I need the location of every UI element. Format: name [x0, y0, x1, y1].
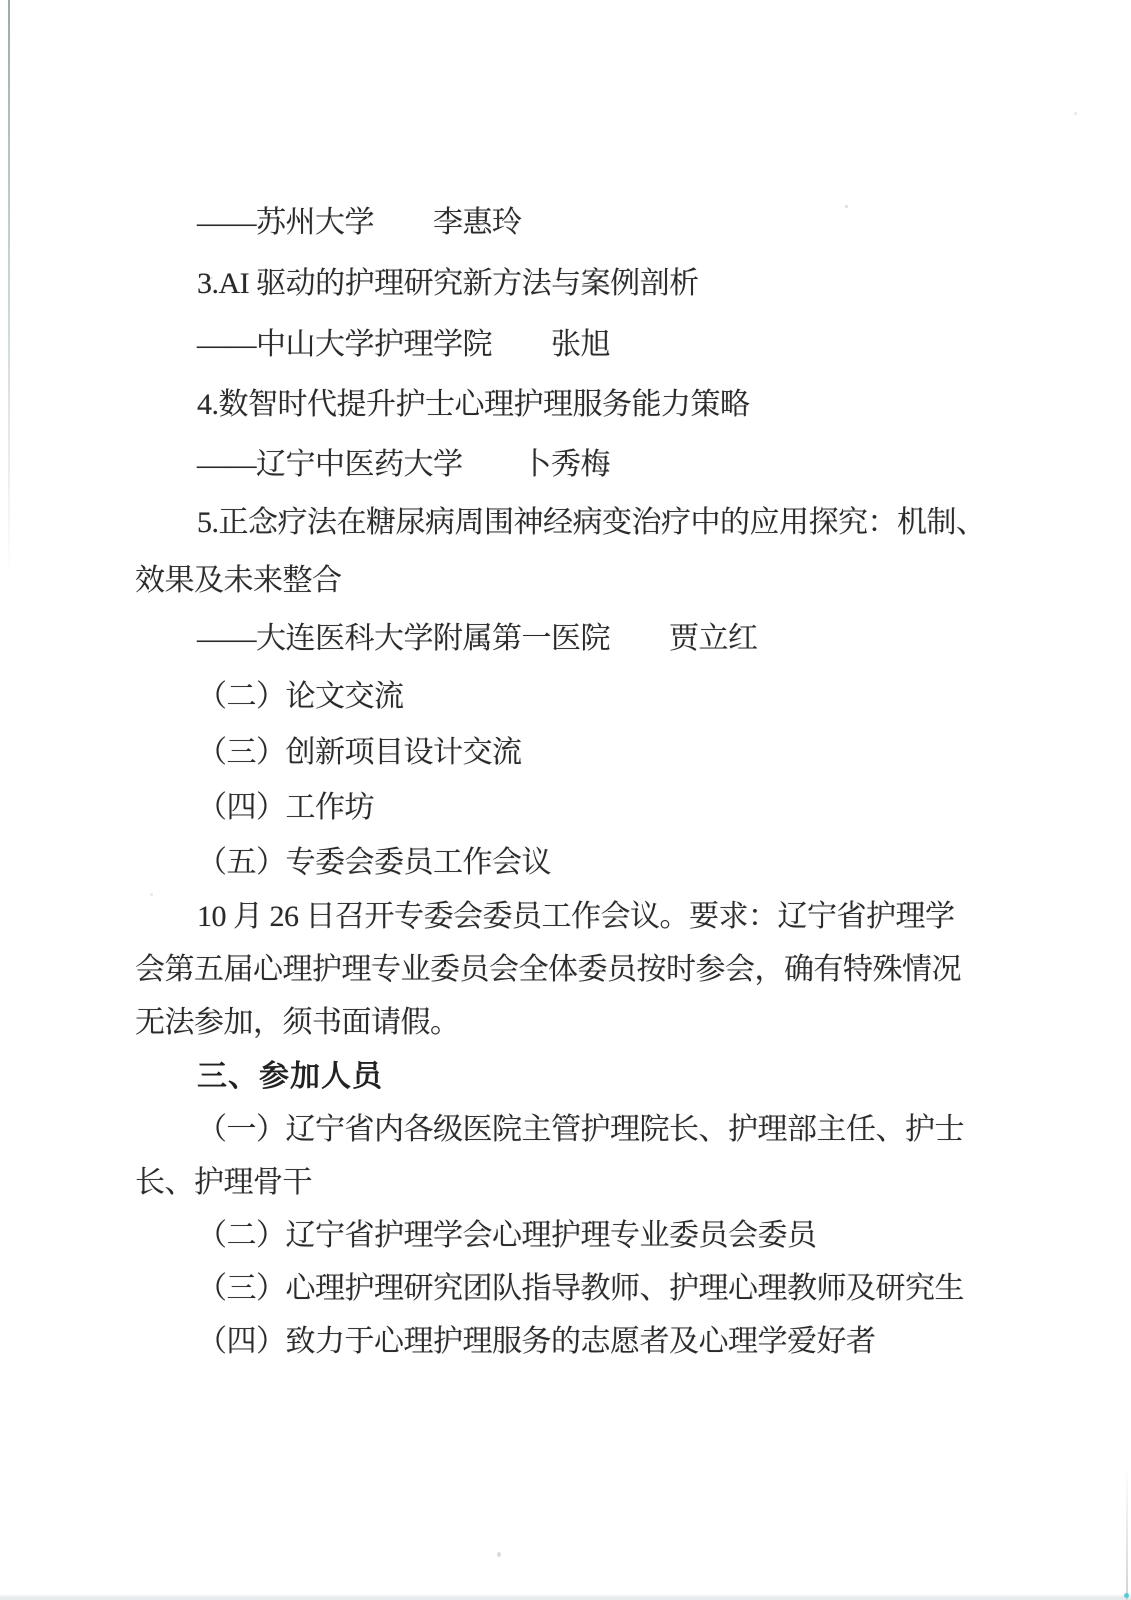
participants-item-1-line-1: （一）辽宁省内各级医院主管护理院长、护理部主任、护士 [197, 1104, 964, 1144]
participants-item-4: （四）致力于心理护理服务的志愿者及心理学爱好者 [197, 1316, 876, 1356]
participants-item-2: （二）辽宁省护理学会心理护理专业委员会委员 [197, 1210, 817, 1250]
lecture-item-4: 4.数智时代提升护士心理护理服务能力策略 [197, 379, 750, 419]
scan-artifact-right-line [1126, 1465, 1128, 1600]
scan-speck [150, 893, 153, 896]
document-body: ——苏州大学 李惠玲 3.AI 驱动的护理研究新方法与案例剖析 ——中山大学护理… [0, 0, 1131, 1600]
lecture-item-5: 5.正念疗法在糖尿病周围神经病变治疗中的应用探究：机制、 [197, 497, 986, 537]
agenda-item-committee-meeting: （五）专委会委员工作会议 [197, 837, 551, 877]
speaker-line-sun-yat-sen-university: ——中山大学护理学院 张旭 [197, 319, 610, 359]
meeting-notice-line-3: 无法参加，须书面请假。 [135, 997, 460, 1037]
meeting-notice-line-2: 会第五届心理护理专业委员会全体委员按时参会，确有特殊情况 [135, 944, 961, 984]
lecture-item-5-continuation: 效果及未来整合 [135, 555, 342, 595]
document-page: ——苏州大学 李惠玲 3.AI 驱动的护理研究新方法与案例剖析 ——中山大学护理… [0, 0, 1131, 1600]
speaker-line-liaoning-utcm: ——辽宁中医药大学 卜秀梅 [197, 439, 610, 479]
lecture-item-3: 3.AI 驱动的护理研究新方法与案例剖析 [197, 258, 699, 298]
section-heading-participants: 三、参加人员 [197, 1051, 383, 1091]
agenda-item-innovation-project: （三）创新项目设计交流 [197, 727, 522, 767]
meeting-notice-line-1: 10 月 26 日召开专委会委员工作会议。要求：辽宁省护理学 [197, 891, 955, 931]
participants-item-1-line-2: 长、护理骨干 [135, 1157, 312, 1197]
scan-speck [497, 1552, 501, 1557]
agenda-item-workshop: （四）工作坊 [197, 782, 374, 822]
speaker-line-suzhou-university: ——苏州大学 李惠玲 [197, 197, 522, 237]
participants-item-3: （三）心理护理研究团队指导教师、护理心理教师及研究生 [197, 1263, 964, 1303]
scan-artifact-corner-dot [1124, 1593, 1129, 1598]
speaker-line-dalian-medical: ——大连医科大学附属第一医院 贾立红 [197, 613, 758, 653]
scan-speck [845, 205, 848, 208]
scan-artifact-bottom-line [0, 1594, 1131, 1600]
agenda-item-paper-exchange: （二）论文交流 [197, 671, 404, 711]
scan-speck [1074, 112, 1077, 115]
scan-speck [210, 277, 213, 279]
